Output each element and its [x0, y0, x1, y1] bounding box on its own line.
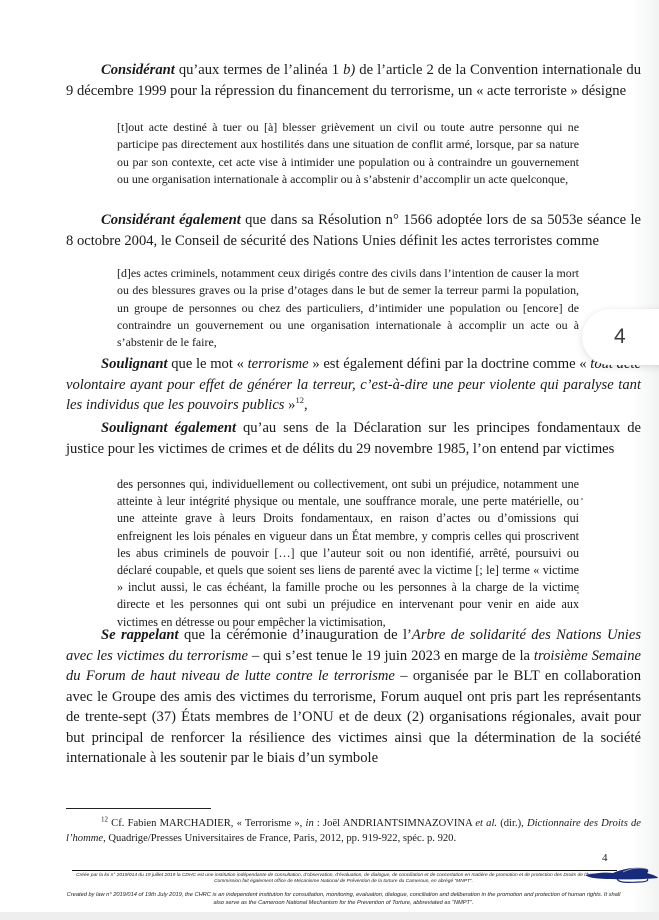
paragraph-considerant-egalement: Considérant également que dans sa Résolu…	[66, 210, 641, 251]
paragraph-soulignant-egalement: Soulignant également qu’au sens de la Dé…	[66, 418, 641, 459]
footnote-separator	[66, 808, 211, 809]
page-indicator-badge[interactable]: 4	[582, 309, 659, 365]
blockquote-victims-definition: des personnes qui, individuellement ou c…	[117, 476, 579, 631]
paragraph-lead: Soulignant	[101, 356, 168, 372]
footnote-12: 12 Cf. Fabien MARCHADIER, « Terrorisme »…	[66, 817, 641, 846]
document-page: Considérant qu’aux termes de l’alinéa 1 …	[0, 0, 659, 920]
paragraph-soulignant: Soulignant que le mot « terrorisme » est…	[66, 354, 641, 416]
footer-legal-english: Created by law n° 2019/014 of 19th July …	[66, 891, 621, 907]
paragraph-lead: Soulignant également	[101, 420, 236, 436]
ink-scribble-icon	[583, 864, 659, 886]
blockquote-resolution-1566: [d]es actes criminels, notamment ceux di…	[117, 265, 579, 351]
footer-separator	[72, 870, 617, 871]
paragraph-considerant: Considérant qu’aux termes de l’alinéa 1 …	[66, 60, 641, 101]
paragraph-lead: Considérant également	[101, 212, 241, 228]
page-indicator-number: 4	[614, 325, 626, 349]
footnote-ref-12[interactable]: 12	[295, 395, 304, 405]
viewer-bottom-edge	[0, 912, 659, 920]
paragraph-lead: Se rappelant	[101, 627, 179, 643]
paragraph-se-rappelant: Se rappelant que la cérémonie d’inaugura…	[66, 625, 641, 769]
scan-artifact	[577, 592, 579, 594]
footer-legal-french: Créée par la loi n° 2019/014 du 19 juill…	[66, 873, 621, 885]
paragraph-lead: Considérant	[101, 62, 175, 78]
page-number: 4	[602, 852, 608, 864]
blockquote-convention: [t]out acte destiné à tuer ou [à] blesse…	[117, 119, 579, 188]
scan-artifact	[581, 498, 583, 500]
